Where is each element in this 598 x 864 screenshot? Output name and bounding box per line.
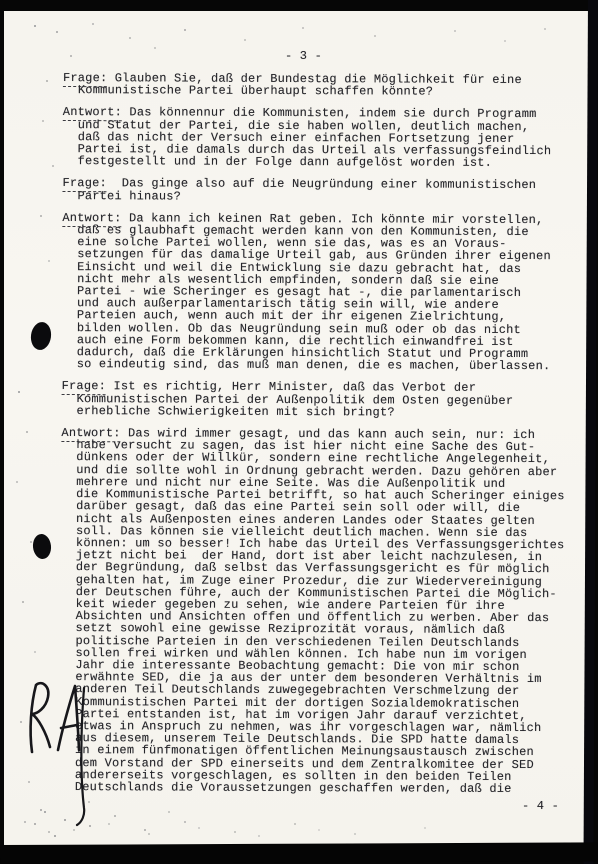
paragraph-text: Das könnennur die Kommunisten, indem sie… <box>78 106 552 170</box>
scan-border-left <box>0 0 4 864</box>
handwritten-initial-a <box>58 686 79 750</box>
handwritten-margin-line <box>77 688 84 825</box>
page-number-top: - 3 - <box>285 49 322 63</box>
answer-paragraph: Antwort: Das könnennur die Kommunisten, … <box>63 106 587 169</box>
scan-noise-top <box>34 25 36 27</box>
scanned-document-screenshot: { "page": { "header_page_number": "- 3 -… <box>0 0 598 864</box>
paragraph-text: Das wird immer gesagt, und das kann auch… <box>75 426 565 796</box>
scan-noise-left <box>18 391 20 393</box>
paragraph-text: Das ginge also auf die Neugründung einer… <box>77 177 536 204</box>
handwritten-margin-annotation <box>20 674 104 832</box>
page-number-bottom: - 4 - <box>522 799 559 813</box>
question-paragraph: Frage: Ist es richtig, Herr Minister, da… <box>61 380 585 419</box>
ink-blot-lower <box>32 533 53 560</box>
scan-border-top <box>0 0 598 11</box>
answer-paragraph: Antwort: Das wird immer gesagt, und das … <box>60 427 586 795</box>
paragraph-text: Glauben Sie, daß der Bundestag die Mögli… <box>78 71 522 99</box>
paragraph-text: Ist es richtig, Herr Minister, daß das V… <box>76 380 513 420</box>
ink-blot-upper <box>29 321 53 352</box>
paragraph-text: Da kann ich keinen Rat geben. Ich könnte… <box>77 211 551 373</box>
scan-border-bottom <box>0 842 598 864</box>
document-body: Frage: Glauben Sie, daß der Bundestag di… <box>60 72 587 805</box>
answer-paragraph: Antwort: Da kann ich keinen Rat geben. I… <box>62 212 587 373</box>
handwritten-initial-r <box>31 683 50 752</box>
question-paragraph: Frage: Das ginge also auf die Neugründun… <box>62 177 586 204</box>
document-page: - 3 - Frage: Glauben Sie, daß der Bundes… <box>4 11 589 847</box>
question-paragraph: Frage: Glauben Sie, daß der Bundestag di… <box>63 72 587 99</box>
